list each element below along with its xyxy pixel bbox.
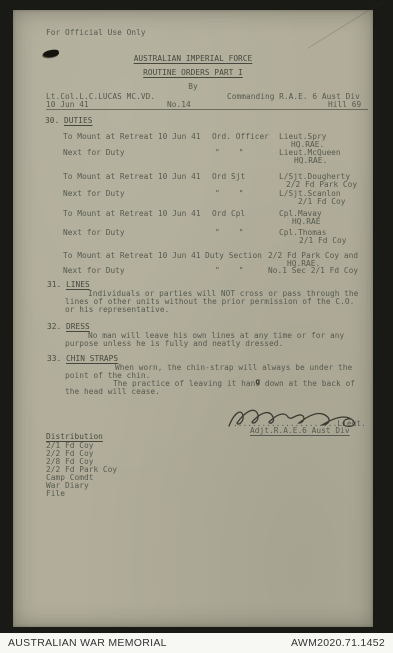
- duty-row-post: Duty Section: [205, 252, 262, 260]
- distribution-item: File: [46, 490, 65, 498]
- section-33-body-line: the head will cease.: [65, 388, 160, 396]
- signature-role: Adjt.R.A.E.6 Aust Div: [250, 427, 350, 435]
- section-33-number: 33.: [47, 354, 61, 363]
- duty-row-unit: 2/1 Fd Coy: [299, 237, 346, 245]
- duty-row-post: " ": [215, 267, 243, 275]
- archive-institution-label: AUSTRALIAN WAR MEMORIAL: [8, 637, 167, 649]
- duty-row-unit: HQ.RAE: [292, 218, 320, 226]
- document-title: AUSTRALIAN IMPERIAL FORCE: [13, 55, 373, 63]
- section-31-body-line: or his representative.: [65, 306, 169, 314]
- section-30-title: DUTIES: [64, 116, 92, 125]
- duty-row-task: Next for Duty: [63, 190, 125, 198]
- classification-text: For Official Use Only: [46, 29, 146, 37]
- typed-correction-g: g: [255, 377, 260, 386]
- section-32-number: 32.: [47, 322, 61, 331]
- archive-footer-bar: AUSTRALIAN WAR MEMORIAL AWM2020.71.1452: [0, 633, 393, 653]
- duty-row-task: To Mount at Retreat 10 Jun 41: [63, 252, 201, 260]
- duty-row-unit: HQ.RAE.: [294, 157, 327, 165]
- duty-row-task: Next for Duty: [63, 267, 125, 275]
- archive-catalog-number: AWM2020.71.1452: [291, 637, 385, 649]
- document-subtitle: ROUTINE ORDERS PART I: [13, 69, 373, 77]
- section-32-heading: 32. DRESS: [47, 323, 90, 331]
- section-33-heading: 33. CHIN STRAPS: [47, 355, 118, 363]
- paper-crease: [308, 0, 385, 49]
- section-30-heading: 30. DUTIES: [45, 117, 92, 125]
- duty-row-task: To Mount at Retreat 10 Jun 41: [63, 173, 201, 181]
- duty-row-task: To Mount at Retreat 10 Jun 41: [63, 210, 201, 218]
- order-number: No.14: [167, 101, 191, 109]
- distribution-heading: Distribution: [46, 433, 103, 441]
- duty-row-post: " ": [215, 149, 243, 157]
- duty-row-post: Ord Sjt: [212, 173, 245, 181]
- section-31-heading: 31. LINES: [47, 281, 90, 289]
- section-33-body-line: When worn, the chin-strap will always be…: [115, 364, 352, 372]
- section-31-number: 31.: [47, 280, 61, 289]
- section-32-body-line: purpose unless he is fully and neatly dr…: [65, 340, 283, 348]
- scanned-document-paper: For Official Use Only AUSTRALIAN IMPERIA…: [13, 10, 373, 627]
- section-32-title: DRESS: [66, 322, 90, 331]
- duty-row-unit: 2/2 Fd Park Coy: [286, 181, 357, 189]
- duty-row-post: " ": [215, 190, 243, 198]
- duty-row-post: Ord Cpl: [212, 210, 245, 218]
- by-label: By: [13, 83, 373, 91]
- order-location: Hill 69: [328, 101, 361, 109]
- archive-scan-page: { "colors": { "background": "#191916", "…: [0, 0, 393, 653]
- duty-row-post: " ": [215, 229, 243, 237]
- duty-row-task: To Mount at Retreat 10 Jun 41: [63, 133, 201, 141]
- section-30-number: 30.: [45, 116, 59, 125]
- duty-row-unit: 2/1 Fd Coy: [298, 198, 345, 206]
- order-date: 10 Jun 41: [46, 101, 89, 109]
- duty-row-task: Next for Duty: [63, 149, 125, 157]
- duty-row-name: No.1 Sec 2/1 Fd Coy: [268, 267, 358, 275]
- header-rule: [46, 109, 368, 110]
- duty-row-task: Next for Duty: [63, 229, 125, 237]
- chin-text-post: down at the back of: [260, 379, 355, 388]
- section-33-title: CHIN STRAPS: [66, 354, 118, 363]
- section-31-title: LINES: [66, 280, 90, 289]
- duty-row-post: Ord. Officer: [212, 133, 269, 141]
